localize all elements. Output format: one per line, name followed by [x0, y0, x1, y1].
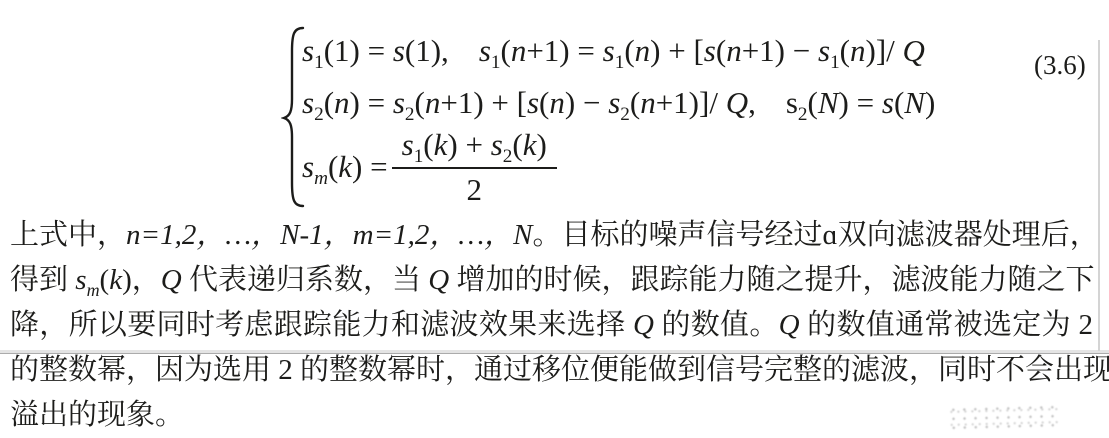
- text-run: (: [512, 127, 522, 162]
- text-run: (: [324, 85, 334, 120]
- text-run: (: [716, 33, 726, 68]
- text-run: 上式中，: [10, 219, 126, 251]
- text-run: +1) + [: [440, 85, 527, 120]
- vertical-divider: [1098, 40, 1100, 351]
- text-run: Q: [779, 309, 808, 341]
- text-run: 1: [314, 52, 324, 73]
- text-run: s: [402, 127, 414, 162]
- text-run: s: [491, 127, 503, 162]
- fraction-denominator: 2: [466, 169, 482, 208]
- text-run: +1) =: [526, 33, 602, 68]
- text-run: n=1,2，…，N-1，m=1,2，…，N: [126, 219, 533, 251]
- text-run: 的数值。: [661, 309, 778, 341]
- text-run: 1: [491, 52, 501, 73]
- paragraph-line: 降，所以要同时考虑跟踪能力和滤波效果来选择 Q 的数值。Q 的数值通常被选定为 …: [10, 303, 1093, 348]
- text-run: 2: [405, 104, 415, 125]
- text-run: (: [624, 33, 634, 68]
- text-run: n: [511, 33, 527, 68]
- horizontal-divider: [0, 350, 1109, 354]
- text-run: Q: [161, 264, 189, 296]
- text-run: (: [630, 85, 640, 120]
- text-run: (1),: [405, 33, 449, 68]
- text-run: 的整数幂时，通过移位便能做到信号完整的滤波，同时不会出现: [300, 354, 1109, 386]
- faint-watermark: [948, 403, 1061, 430]
- text-run: 增加的时候，跟踪能力随之提升，滤波能力随之下: [456, 264, 1094, 296]
- text-run: 溢出的现象。: [10, 399, 184, 431]
- text-run: k: [434, 127, 448, 162]
- text-run: Q: [633, 309, 662, 341]
- text-run: 的数值通常被选定为: [807, 309, 1078, 341]
- text-run: s: [393, 85, 405, 120]
- equation-line-1: s1(1) = s(1),s1(n+1) = s1(n) + [s(n+1) −…: [302, 33, 925, 69]
- text-run: n: [425, 85, 441, 120]
- text-run: 降，所以要同时考虑跟踪能力和滤波效果来选择: [10, 309, 633, 341]
- equation-line-2: s2(n) = s2(n+1) + [s(n) − s2(n+1)]/ Q,s2…: [302, 85, 935, 121]
- text-run: s: [882, 85, 894, 120]
- text-run: (1) =: [324, 33, 393, 68]
- text-run: 得到: [10, 264, 75, 296]
- text-run: ) + [: [650, 33, 704, 68]
- text-run: 的整数幂，因为选用: [10, 354, 278, 386]
- equation-line-3: sm(k) = s1(k) + s2(k) 2: [302, 127, 557, 207]
- text-run: Q: [903, 33, 925, 68]
- text-run: ): [122, 264, 132, 296]
- text-run: n: [640, 85, 656, 120]
- paragraph-line: 的整数幂，因为选用 2 的整数幂时，通过移位便能做到信号完整的滤波，同时不会出现: [10, 348, 1093, 393]
- text-run: 1: [414, 146, 424, 167]
- text-run: (: [100, 264, 110, 296]
- fraction: s1(k) + s2(k) 2: [392, 127, 557, 207]
- text-run: ) =: [839, 85, 882, 120]
- text-run: (: [501, 33, 511, 68]
- text-run: s: [786, 85, 798, 120]
- text-run: )]/: [866, 33, 903, 68]
- text-run: Q: [428, 264, 456, 296]
- text-run: s: [302, 85, 314, 120]
- text-run: n: [334, 85, 350, 120]
- text-run: s: [704, 33, 716, 68]
- text-run: 双向滤波器处理后，: [838, 219, 1099, 251]
- text-run: (: [808, 85, 818, 120]
- text-run: ) −: [565, 85, 608, 120]
- text-run: m: [87, 280, 100, 300]
- text-run: 2: [314, 104, 324, 125]
- text-run: 代表递归系数，当: [189, 264, 428, 296]
- text-run: 2: [620, 104, 630, 125]
- text-run: n: [635, 33, 651, 68]
- equation-number: (3.6): [1034, 50, 1086, 81]
- text-run: ) +: [447, 127, 490, 162]
- text-run: N: [818, 85, 839, 120]
- text-run: (: [840, 33, 850, 68]
- text-run: ) =: [350, 85, 393, 120]
- text-run: 2: [466, 172, 482, 207]
- text-run: 2: [503, 146, 513, 167]
- text-run: N: [904, 85, 925, 120]
- text-run: s: [393, 33, 405, 68]
- paragraph-line: 上式中，n=1,2，…，N-1，m=1,2，…，N。目标的噪声信号经过ɑ双向滤波…: [10, 213, 1093, 258]
- text-run: n: [549, 85, 565, 120]
- text-run: s: [608, 85, 620, 120]
- text-run: 1: [615, 52, 625, 73]
- text-run: ): [925, 85, 935, 120]
- text-run: (: [539, 85, 549, 120]
- text-run: 2: [798, 104, 808, 125]
- text-run: (: [328, 149, 338, 184]
- text-run: ): [536, 127, 546, 162]
- paragraph: 上式中，n=1,2，…，N-1，m=1,2，…，N。目标的噪声信号经过ɑ双向滤波…: [10, 213, 1093, 438]
- paragraph-line: 溢出的现象。: [10, 393, 1093, 438]
- text-run: m: [314, 169, 328, 190]
- text-run: +1) −: [742, 33, 818, 68]
- text-run: (: [894, 85, 904, 120]
- text-run: +1)]/: [656, 85, 726, 120]
- text-run: s: [818, 33, 830, 68]
- text-run: 1: [830, 52, 840, 73]
- text-run: ,: [748, 85, 756, 120]
- text-run: s: [603, 33, 615, 68]
- text-run: ，: [132, 264, 161, 296]
- text-run: s: [479, 33, 491, 68]
- text-run: 。目标的噪声信号经过: [533, 219, 823, 251]
- text-run: n: [726, 33, 742, 68]
- equation-line-3-lhs: sm(k) =: [302, 149, 388, 185]
- fraction-numerator: s1(k) + s2(k): [392, 127, 557, 169]
- text-run: k: [338, 149, 352, 184]
- text-run: s: [302, 149, 314, 184]
- text-run: n: [850, 33, 866, 68]
- text-run: ɑ: [823, 219, 838, 251]
- text-run: Q: [726, 85, 748, 120]
- text-run: k: [109, 264, 122, 296]
- text-run: 2: [1078, 309, 1093, 341]
- text-run: (: [423, 127, 433, 162]
- paragraph-line: 得到 sm(k)，Q 代表递归系数，当 Q 增加的时候，跟踪能力随之提升，滤波能…: [10, 258, 1093, 303]
- text-run: s: [302, 33, 314, 68]
- text-run: ) =: [352, 149, 388, 184]
- text-run: 2: [278, 354, 300, 386]
- text-run: k: [523, 127, 537, 162]
- text-run: s: [527, 85, 539, 120]
- document-page: s1(1) = s(1),s1(n+1) = s1(n) + [s(n+1) −…: [0, 0, 1109, 438]
- text-run: s: [75, 264, 86, 296]
- text-run: (: [415, 85, 425, 120]
